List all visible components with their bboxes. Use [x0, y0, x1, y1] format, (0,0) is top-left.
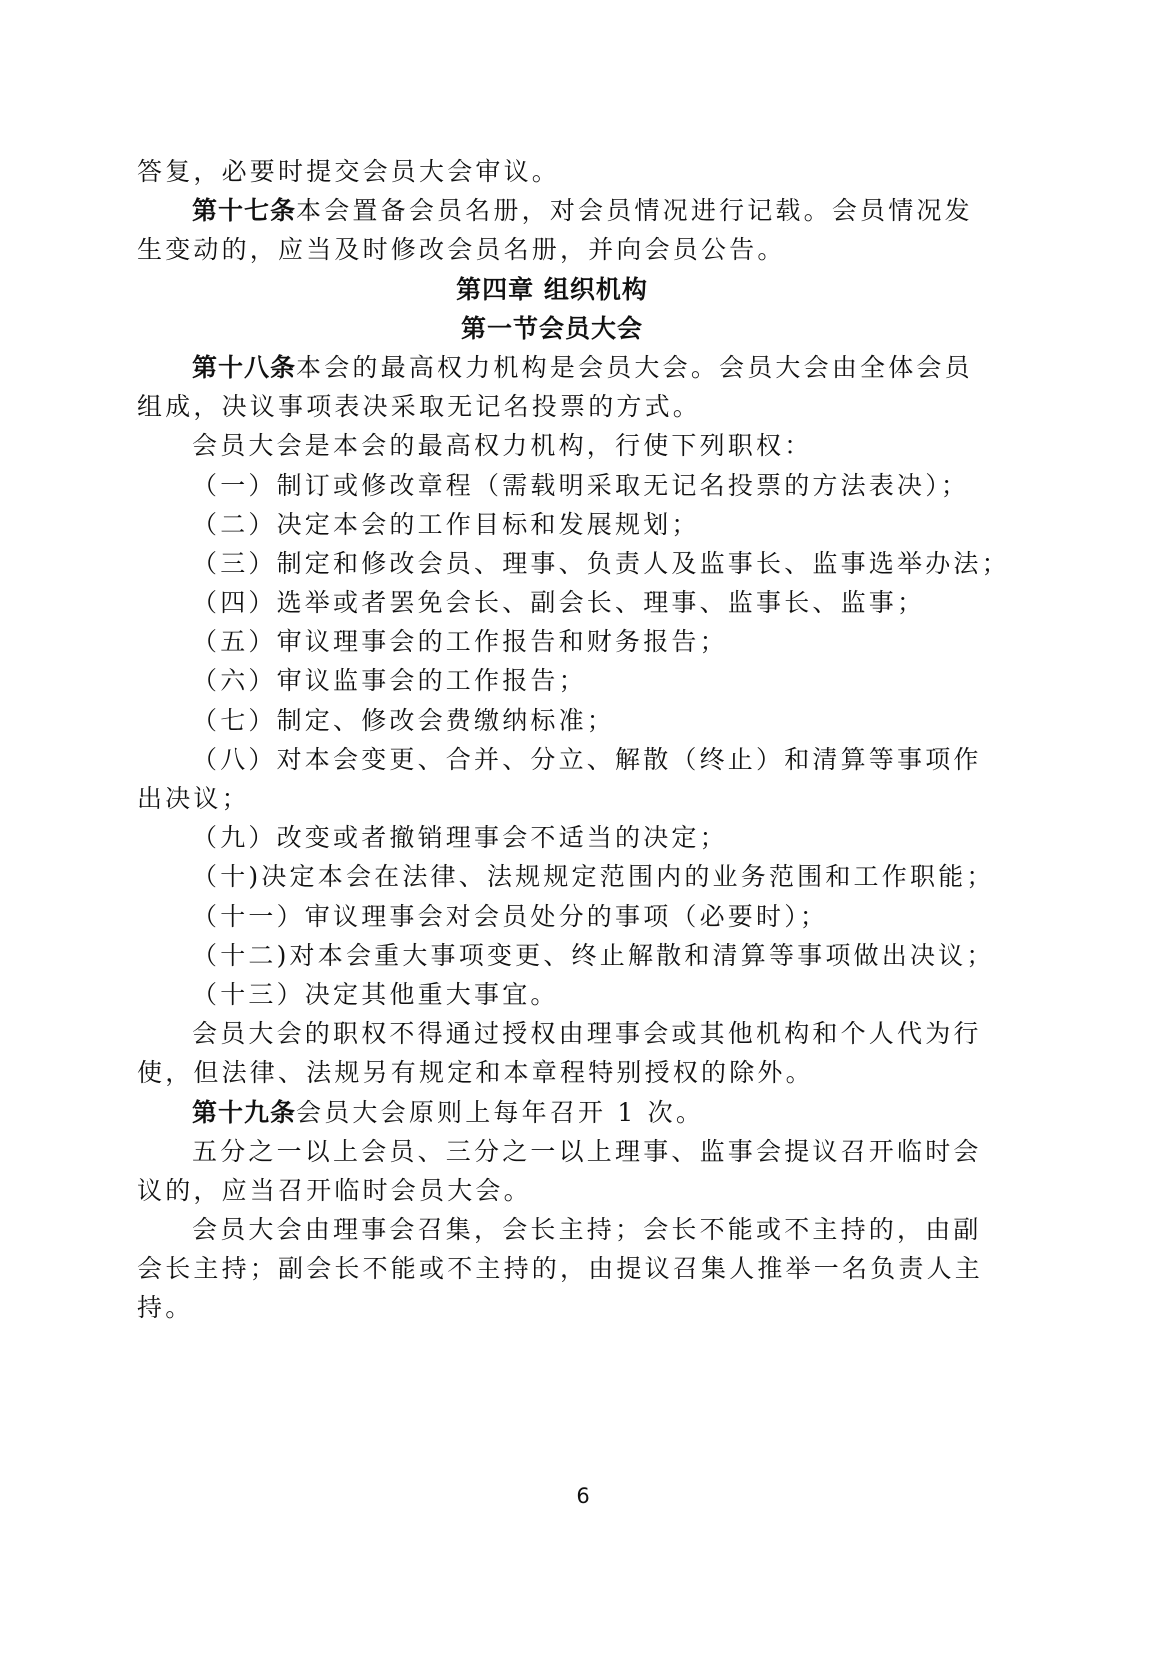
article-19: 第十九条会员大会原则上每年召开 1 次。	[137, 1093, 967, 1132]
text-line: 会员大会的职权不得通过授权由理事会或其他机构和个人代为行	[137, 1014, 967, 1053]
chapter-heading: 第四章 组织机构	[137, 270, 967, 309]
text-line: 生变动的，应当及时修改会员名册，并向会员公告。	[137, 230, 967, 269]
list-item: （一）制订或修改章程（需载明采取无记名投票的方法表决）；	[137, 466, 967, 505]
list-item: （十三）决定其他重大事宜。	[137, 975, 967, 1014]
list-item: （九）改变或者撤销理事会不适当的决定；	[137, 818, 967, 857]
list-item: （十一）审议理事会对会员处分的事项（必要时）；	[137, 897, 967, 936]
article-text: 本会的最高权力机构是会员大会。会员大会由全体会员	[296, 353, 973, 382]
list-item: （八）对本会变更、合并、分立、解散（终止）和清算等事项作	[137, 740, 967, 779]
section-heading: 第一节会员大会	[137, 309, 967, 348]
article-number: 第十七条	[192, 196, 296, 225]
article-number: 第十九条	[192, 1098, 296, 1127]
text-line: 组成，决议事项表决采取无记名投票的方式。	[137, 387, 967, 426]
list-item: （三）制定和修改会员、理事、负责人及监事长、监事选举办法；	[137, 544, 967, 583]
article-text: 本会置备会员名册，对会员情况进行记载。会员情况发	[296, 196, 973, 225]
text-line: 使，但法律、法规另有规定和本章程特别授权的除外。	[137, 1053, 967, 1092]
list-item: （六）审议监事会的工作报告；	[137, 661, 967, 700]
text-line: 会员大会是本会的最高权力机构，行使下列职权：	[137, 426, 967, 465]
list-item: （四）选举或者罢免会长、副会长、理事、监事长、监事；	[137, 583, 967, 622]
text-line: 出决议；	[137, 779, 967, 818]
list-item: （十二)对本会重大事项变更、终止解散和清算等事项做出决议；	[137, 936, 967, 975]
text-line: 五分之一以上会员、三分之一以上理事、监事会提议召开临时会	[137, 1132, 967, 1171]
list-item: （十)决定本会在法律、法规规定范围内的业务范围和工作职能；	[137, 857, 967, 896]
text-line: 会员大会由理事会召集，会长主持；会长不能或不主持的，由副	[137, 1210, 967, 1249]
document-body: 答复，必要时提交会员大会审议。 第十七条本会置备会员名册，对会员情况进行记载。会…	[137, 152, 967, 1328]
page-number: 6	[0, 1484, 1166, 1508]
text-line: 议的，应当召开临时会员大会。	[137, 1171, 967, 1210]
text-line: 持。	[137, 1288, 967, 1327]
text-line: 会长主持；副会长不能或不主持的，由提议召集人推举一名负责人主	[137, 1249, 967, 1288]
article-18: 第十八条本会的最高权力机构是会员大会。会员大会由全体会员	[137, 348, 967, 387]
list-item: （五）审议理事会的工作报告和财务报告；	[137, 622, 967, 661]
list-item: （七）制定、修改会费缴纳标准；	[137, 701, 967, 740]
article-text: 会员大会原则上每年召开 1 次。	[296, 1098, 704, 1127]
article-number: 第十八条	[192, 353, 296, 382]
list-item: （二）决定本会的工作目标和发展规划；	[137, 505, 967, 544]
article-17: 第十七条本会置备会员名册，对会员情况进行记载。会员情况发	[137, 191, 967, 230]
text-line: 答复，必要时提交会员大会审议。	[137, 152, 967, 191]
